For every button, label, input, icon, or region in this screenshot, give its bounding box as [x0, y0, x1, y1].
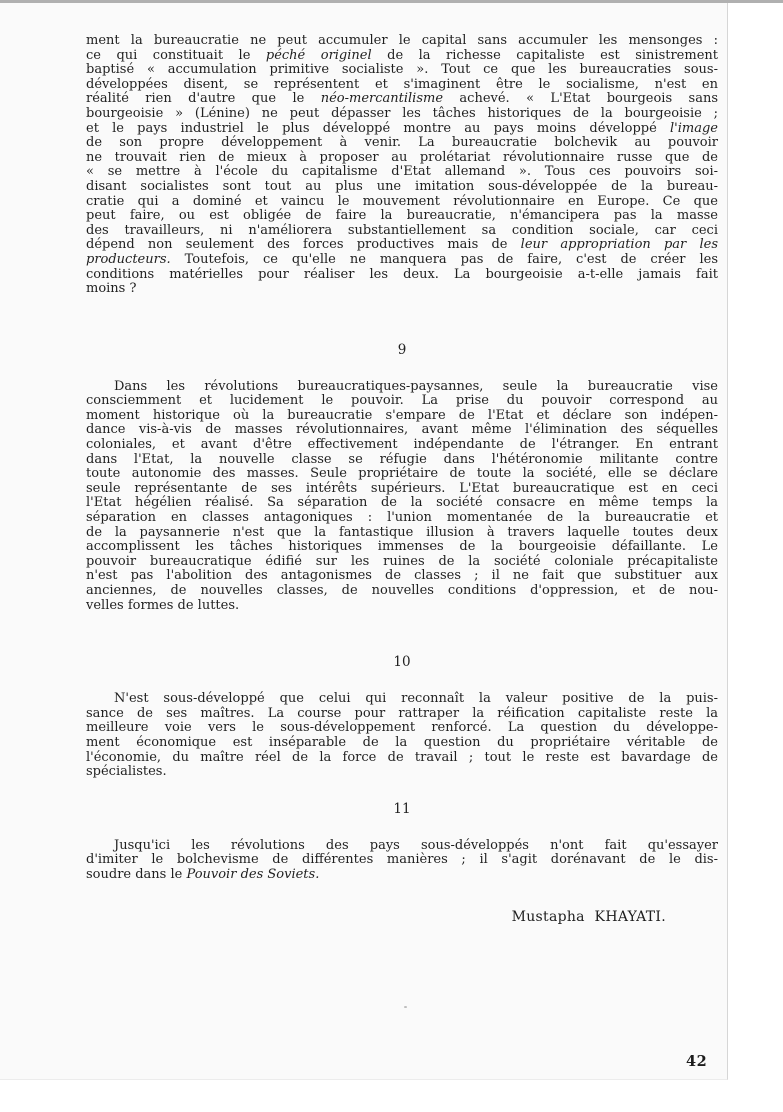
italic-phrase: néo-mercantilisme — [321, 91, 443, 106]
text-line: cratie qui a dominé et vaincu le mouveme… — [86, 195, 718, 210]
text-line: dépend non seulement des forces producti… — [86, 238, 718, 253]
italic-phrase: leur appropriation par les — [521, 237, 718, 252]
text-line: pouvoir bureaucratique édifié sur les ru… — [86, 555, 718, 570]
text-line: réalité rien d'autre que le néo-mercanti… — [86, 92, 718, 107]
text-line: et le pays industriel le plus développé … — [86, 122, 718, 137]
text-line: l'économie, du maître réel de la force d… — [86, 751, 718, 766]
text-line: spécialistes. — [86, 765, 718, 780]
text-line: consciemment et lucidement le pouvoir. L… — [86, 394, 718, 409]
scan-speck — [404, 1006, 407, 1008]
paragraph-p8: ment la bureaucratie ne peut accumuler l… — [86, 34, 718, 297]
page-paper: ment la bureaucratie ne peut accumuler l… — [0, 3, 728, 1080]
paragraph-p11: Jusqu'ici les révolutions des pays sous-… — [86, 839, 718, 883]
text-line: ne trouvait rien de mieux à proposer au … — [86, 151, 718, 166]
section-heading-10: 10 — [86, 655, 718, 670]
author-signature: Mustapha KHAYATI. — [86, 909, 718, 925]
text-line: ment économique est inséparable de la qu… — [86, 736, 718, 751]
text-line: Dans les révolutions bureaucratiques-pay… — [86, 380, 718, 395]
italic-phrase: péché originel — [266, 48, 372, 63]
text-line: disant socialistes sont tout au plus une… — [86, 180, 718, 195]
text-line: de son propre développement à venir. La … — [86, 136, 718, 151]
scanned-document-page: ment la bureaucratie ne peut accumuler l… — [0, 0, 783, 1112]
italic-phrase: producteurs. — [86, 252, 171, 267]
text-line: des travailleurs, ni n'améliorera substa… — [86, 224, 718, 239]
text-line: ce qui constituait le péché originel de … — [86, 49, 718, 64]
text-line: N'est sous-développé que celui qui recon… — [86, 692, 718, 707]
section-heading-9: 9 — [86, 343, 718, 358]
text-line: séparation en classes antagoniques : l'u… — [86, 511, 718, 526]
italic-phrase: l'image — [670, 121, 718, 136]
text-line: n'est pas l'abolition des antagonismes d… — [86, 569, 718, 584]
text-line: accomplissent les tâches historiques imm… — [86, 540, 718, 555]
text-line: soudre dans le Pouvoir des Soviets. — [86, 868, 718, 883]
text-line: seule représentante de ses intérêts supé… — [86, 482, 718, 497]
text-line: dance vis-à-vis de masses révolutionnair… — [86, 423, 718, 438]
text-line: bourgeoisie » (Lénine) ne peut dépasser … — [86, 107, 718, 122]
text-line: meilleure voie vers le sous-développemen… — [86, 721, 718, 736]
text-line: d'imiter le bolchevisme de différentes m… — [86, 853, 718, 868]
text-line: peut faire, ou est obligée de faire la b… — [86, 209, 718, 224]
text-line: « se mettre à l'école du capitalisme d'E… — [86, 165, 718, 180]
text-line: dans l'Etat, la nouvelle classe se réfug… — [86, 453, 718, 468]
text-line: producteurs. Toutefois, ce qu'elle ne ma… — [86, 253, 718, 268]
text-line: moment historique où la bureaucratie s'e… — [86, 409, 718, 424]
text-line: moins ? — [86, 282, 718, 297]
text-line: l'Etat hégélien réalisé. Sa séparation d… — [86, 496, 718, 511]
text-column: ment la bureaucratie ne peut accumuler l… — [86, 34, 718, 925]
paragraph-p9: Dans les révolutions bureaucratiques-pay… — [86, 380, 718, 614]
text-line: Jusqu'ici les révolutions des pays sous-… — [86, 839, 718, 854]
text-line: ment la bureaucratie ne peut accumuler l… — [86, 34, 718, 49]
paragraph-p10: N'est sous-développé que celui qui recon… — [86, 692, 718, 780]
text-line: baptisé « accumulation primitive sociali… — [86, 63, 718, 78]
text-line: développées disent, se représentent et s… — [86, 78, 718, 93]
text-line: sance de ses maîtres. La course pour rat… — [86, 707, 718, 722]
text-line: coloniales, et avant d'être effectivemen… — [86, 438, 718, 453]
text-line: toute autonomie des masses. Seule propri… — [86, 467, 718, 482]
text-line: velles formes de luttes. — [86, 599, 718, 614]
paragraphs-container: ment la bureaucratie ne peut accumuler l… — [86, 34, 718, 883]
text-line: de la paysannerie n'est que la fantastiq… — [86, 526, 718, 541]
section-heading-11: 11 — [86, 802, 718, 817]
page-number: 42 — [686, 1053, 707, 1070]
italic-phrase: Pouvoir des Soviets. — [186, 867, 319, 882]
text-line: anciennes, de nouvelles classes, de nouv… — [86, 584, 718, 599]
text-line: conditions matérielles pour réaliser les… — [86, 268, 718, 283]
